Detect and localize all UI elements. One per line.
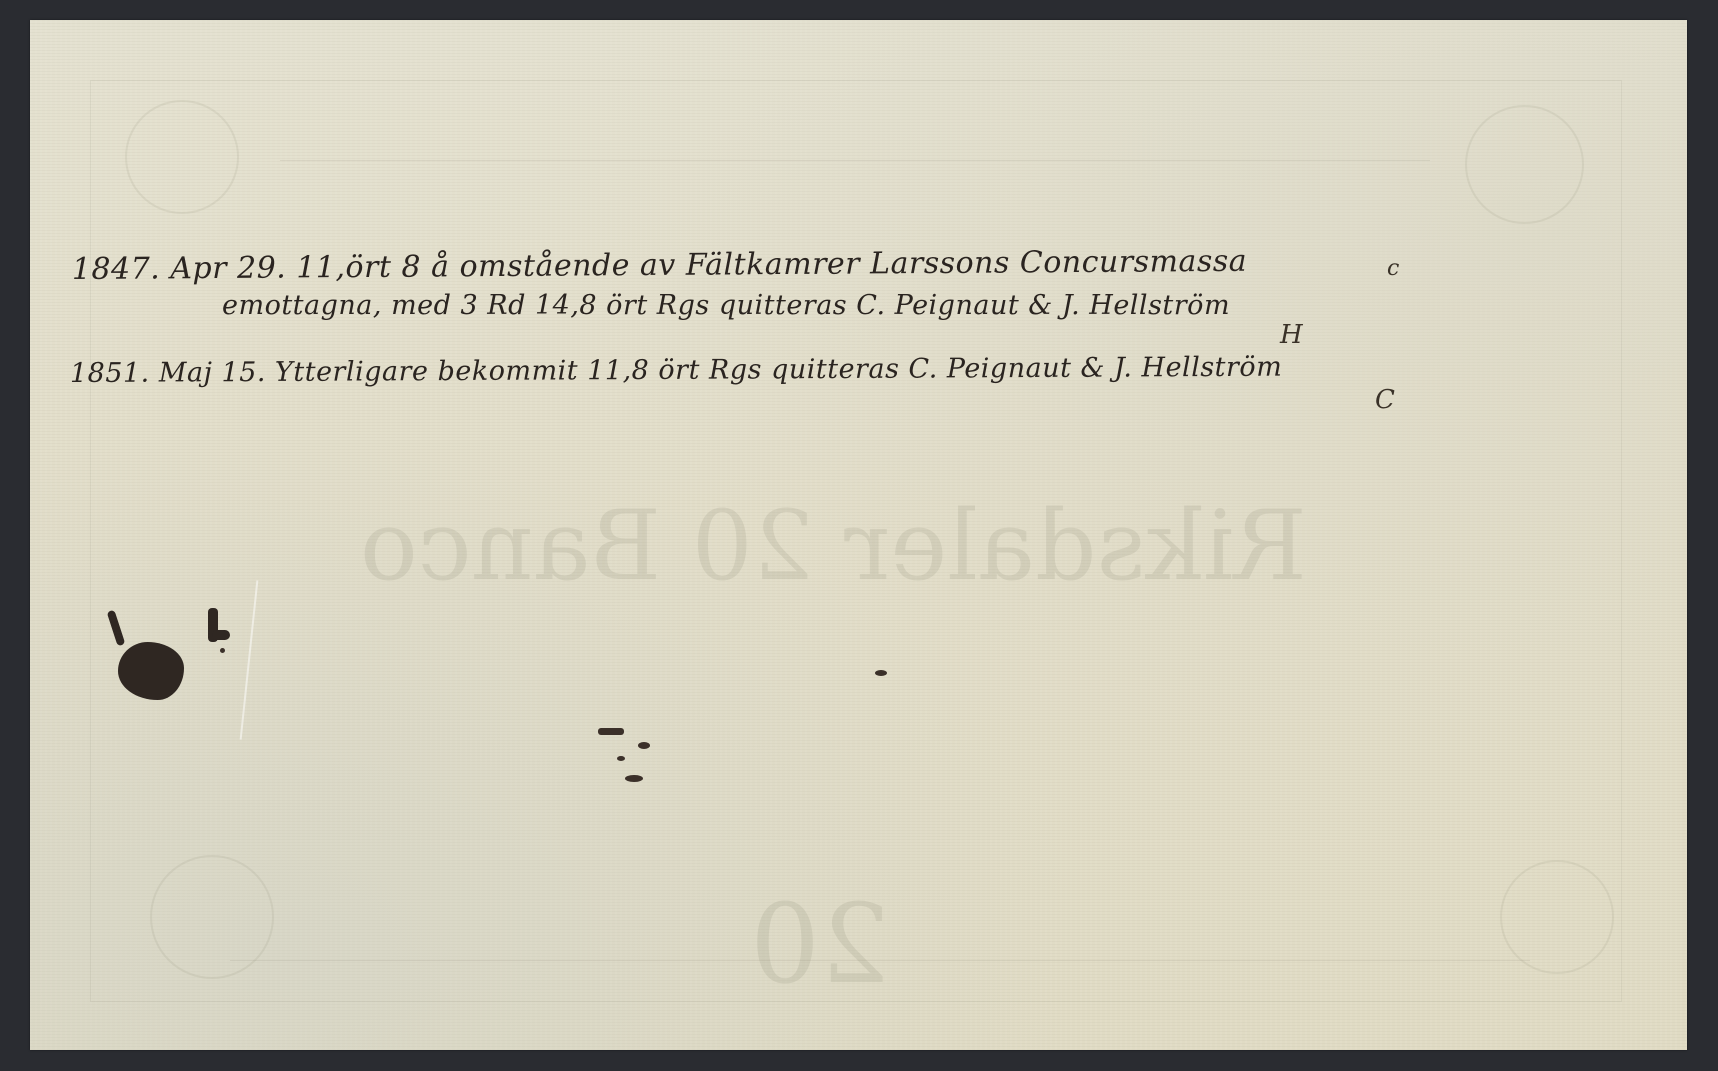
ink-speck (617, 756, 625, 761)
ghost-bottom-numeral: 20 (750, 880, 890, 1008)
mark-c-below: C (1375, 385, 1395, 415)
ink-speck (220, 648, 225, 653)
handwriting-line-1851: 1851. Maj 15. Ytterligare bekommit 11,8 … (70, 352, 1283, 389)
ink-speck (638, 742, 650, 749)
ink-speck (625, 775, 643, 782)
ghost-denomination-text: Riksdaler 20 Banco (360, 490, 1307, 602)
ghost-rule-top (280, 160, 1430, 161)
ink-mark-foot (212, 630, 230, 640)
document-paper: Riksdaler 20 Banco 20 1847. Apr 29. 11,ö… (30, 20, 1687, 1050)
mark-c-above: c (1387, 256, 1399, 281)
mark-h-signature: H (1280, 320, 1303, 350)
ink-speck (875, 670, 887, 676)
handwriting-line-receipt: emottagna, med 3 Rd 14,8 ört Rgs quitter… (222, 290, 1230, 321)
ink-speck (598, 728, 624, 735)
